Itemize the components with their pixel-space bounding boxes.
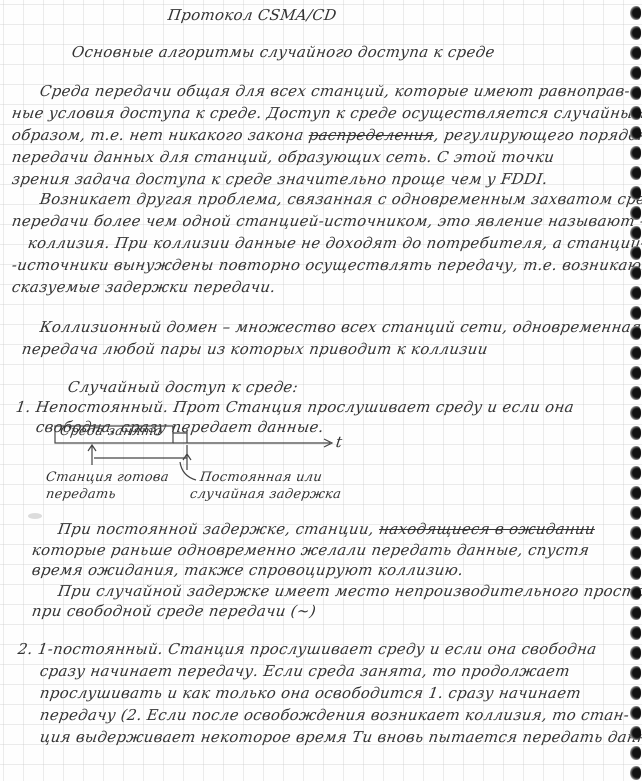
spiral-ring [630,6,641,20]
page-title: Протокол CSMA/CD [167,6,338,24]
spiral-ring [630,526,641,540]
section-heading: Случайный доступ к среде: [67,378,300,396]
diagram-label-right-1: Постоянная или [199,470,323,485]
spiral-ring [630,26,641,40]
spiral-ring [630,366,641,380]
text-line: передача любой пары из которых приводит … [21,340,489,358]
text-line: 1. Непостоянный. Прот Станция прослушива… [15,398,576,416]
spiral-ring [630,566,641,580]
text-line: прослушивать и как только она освободитс… [39,684,583,702]
spiral-ring [630,166,641,180]
spiral-ring [630,66,641,80]
spiral-ring [630,746,641,760]
spiral-ring [630,646,641,660]
text-line: передачи более чем одной станцией-источн… [11,212,642,230]
spiral-ring [630,146,641,160]
page-subtitle: Основные алгоритмы случайного доступа к … [71,43,496,61]
spiral-ring [630,126,641,140]
spiral-ring [630,226,641,240]
diagram-label-left-2: передать [45,487,117,502]
spiral-ring [630,706,641,720]
text-line: Среда передачи общая для всех станций, к… [39,82,632,100]
text-line: зрения задача доступа к среде значительн… [11,170,549,188]
struck-text: распределения [308,126,436,144]
spiral-ring [630,586,641,600]
spiral-ring [630,726,641,740]
text-line: Возникает другая проблема, связанная с о… [39,190,642,208]
spiral-ring [630,86,641,100]
spiral-ring [630,606,641,620]
text-line: При постоянной задержке, станции, находя… [57,520,597,538]
spiral-ring [630,286,641,300]
spiral-ring [630,266,641,280]
struck-text: находящиеся в ожидании [378,520,596,538]
spiral-ring [630,346,641,360]
text-line: передачу (2. Если после освобождения воз… [39,706,631,724]
diagram-label-right-2: случайная задержка [189,487,342,502]
spiral-ring [630,466,641,480]
text-line: -источники вынуждены повторно осуществля… [11,256,642,274]
text-line: сразу начинает передачу. Если среда заня… [39,662,571,680]
text-line: которые раньше одновременно желали перед… [31,541,591,559]
spiral-ring [630,506,641,520]
spiral-ring [630,386,641,400]
spiral-ring [630,666,641,680]
text-line: передачи данных для станций, образующих … [11,148,556,166]
spiral-ring [630,426,641,440]
text-line: коллизия. При коллизии данные не доходят… [27,234,642,252]
spiral-ring [630,446,641,460]
spiral-ring [630,246,641,260]
spiral-ring [630,186,641,200]
text-line: сказуемые задержки передачи. [11,278,277,296]
text-line: ция выдерживает некоторое время Ти вновь… [39,728,642,746]
spiral-ring [630,546,641,560]
spiral-ring [630,766,641,780]
ink-smudge [28,513,42,519]
spiral-ring [630,306,641,320]
text-line: Коллизионный домен – множество всех стан… [39,318,642,336]
notebook-page: Протокол CSMA/CD Основные алгоритмы случ… [0,0,642,781]
spiral-ring [630,46,641,60]
diagram-label-left-1: Станция готова [45,470,170,485]
diagram-axis-label: t [335,433,344,451]
spiral-ring [630,686,641,700]
spiral-ring [630,486,641,500]
spiral-ring [630,106,641,120]
text-line: ные условия доступа к среде. Доступ к ср… [11,104,642,122]
text-line: При случайной задержке имеет место непро… [57,582,642,600]
spiral-ring [630,406,641,420]
text-line: при свободной среде передачи (~) [31,602,318,620]
text-line: время ожидания, также спровоцируют колли… [31,561,465,579]
diagram-box-label: Среда занята [59,424,163,439]
text-line: образом, т.е. нет никакого закона распре… [11,126,642,144]
spiral-ring [630,206,641,220]
spiral-binding [628,0,642,781]
spiral-ring [630,626,641,640]
spiral-ring [630,326,641,340]
text-line: 2. 1-постоянный. Станция прослушивает ср… [17,640,598,658]
